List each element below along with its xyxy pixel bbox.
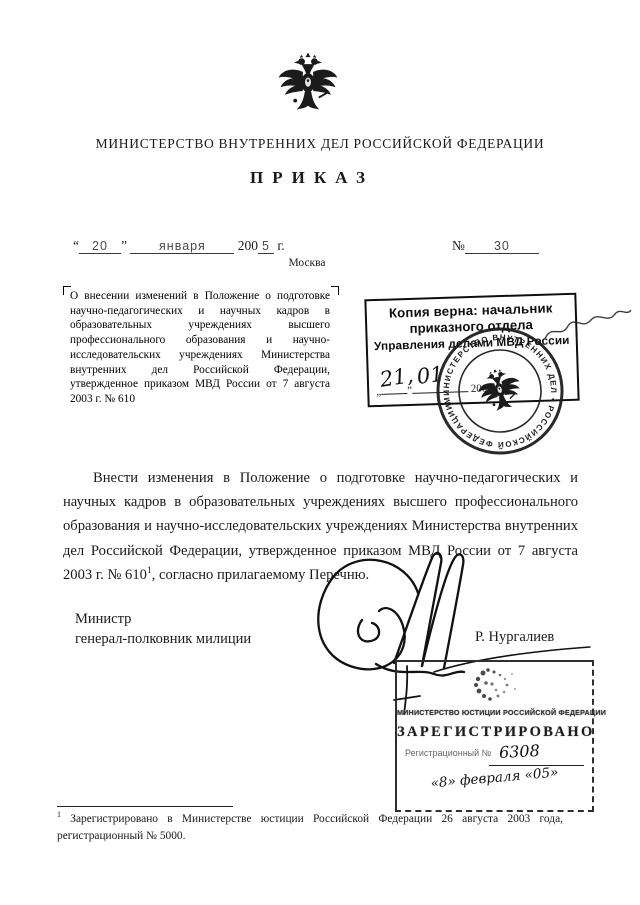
corner-mark-right <box>331 286 339 295</box>
footnote: 1 Зарегистрировано в Министерстве юстици… <box>57 811 563 844</box>
reg-stamp-emblem-icon <box>465 665 525 707</box>
post-line2: генерал-полковник милиции <box>75 629 251 649</box>
registration-stamp: МИНИСТЕРСТВО ЮСТИЦИИ РОССИЙСКОЙ ФЕДЕРАЦИ… <box>395 660 594 812</box>
day-value: 20 <box>79 239 121 254</box>
year-prefix: 200 <box>238 238 258 253</box>
footnote-line1: 1 Зарегистрировано в Министерстве юстици… <box>57 811 563 828</box>
number-label: № <box>452 238 465 253</box>
seal-eagle-icon <box>474 364 525 414</box>
quote-close: ” <box>121 238 127 253</box>
city-label: Москва <box>247 257 367 269</box>
round-seal: МИНИСТЕРСТВО ВНУТРЕННИХ ДЕЛ • РОССИЙСКОЙ… <box>433 324 567 458</box>
coat-of-arms-icon <box>276 52 340 116</box>
hand-day: 21, <box>378 363 415 392</box>
reg-ministry-line: МИНИСТЕРСТВО ЮСТИЦИИ РОССИЙСКОЙ ФЕДЕРАЦИ… <box>397 708 592 717</box>
ministry-title: МИНИСТЕРСТВО ВНУТРЕННИХ ДЕЛ РОССИЙСКОЙ Ф… <box>0 136 640 152</box>
number-value: 30 <box>465 239 539 254</box>
scanned-order-document: МИНИСТЕРСТВО ВНУТРЕННИХ ДЕЛ РОССИЙСКОЙ Ф… <box>0 0 640 905</box>
footnote-text-2: регистрационный № 5000. <box>57 828 563 845</box>
footnote-marker: 1 <box>57 810 61 819</box>
order-title: ПРИКАЗ <box>0 168 624 188</box>
order-number: №30 <box>452 238 539 254</box>
footnote-text-1: Зарегистрировано в Министерстве юстиции … <box>70 813 563 825</box>
date-line: “20” января 2005 г. <box>73 238 285 254</box>
cs-day-blank <box>381 393 407 395</box>
year-unit: г. <box>277 238 284 253</box>
subject-block: О внесении изменений в Положение о подго… <box>70 289 330 407</box>
year-last-digit: 5 <box>258 239 274 254</box>
registered-label: ЗАРЕГИСТРИРОВАНО <box>397 724 592 741</box>
footnote-rule <box>57 806 233 807</box>
post-line1: Министр <box>75 609 251 629</box>
reg-number-value: 6308 <box>499 741 541 762</box>
reg-number-label: Регистрационный № <box>405 748 491 758</box>
signature-post: Министр генерал-полковник милиции <box>75 609 251 649</box>
month-value: января <box>130 239 234 254</box>
